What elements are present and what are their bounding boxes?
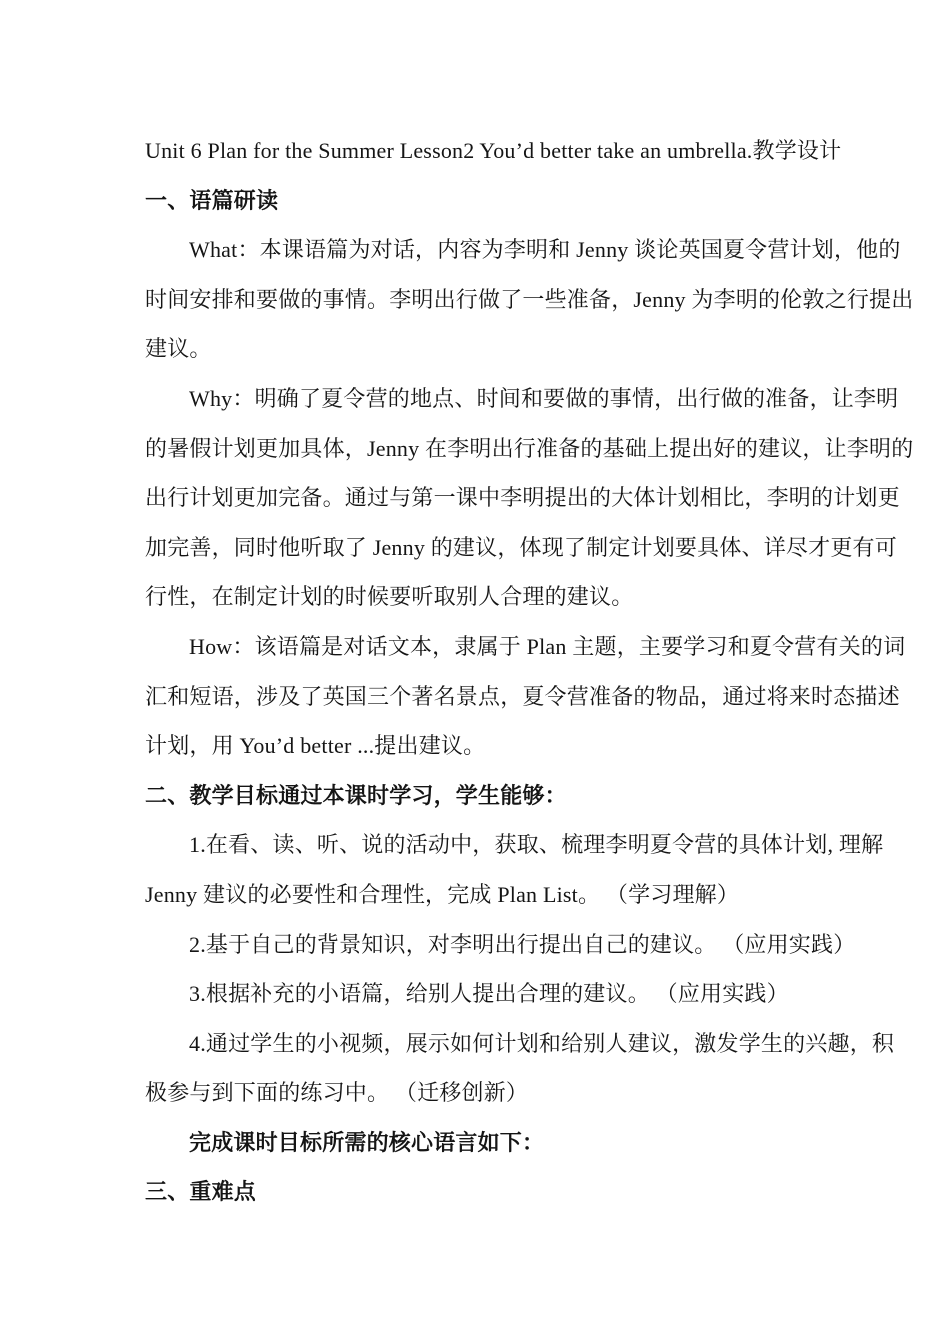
text-line: 完成课时目标所需的核心语言如下： (145, 1118, 813, 1168)
body-paragraph: What：本课语篇为对话，内容为李明和 Jenny 谈论英国夏令营计划，他的时间… (145, 225, 813, 374)
document-title: Unit 6 Plan for the Summer Lesson2 You’d… (145, 126, 813, 176)
text-line: 4.通过学生的小视频，展示如何计划和给别人建议，激发学生的兴趣，积 (145, 1019, 813, 1069)
text-line: 行性，在制定计划的时候要听取别人合理的建议。 (145, 572, 813, 622)
body-paragraph: 完成课时目标所需的核心语言如下： (145, 1118, 813, 1168)
section-heading: 二、教学目标通过本课时学习，学生能够： (145, 771, 813, 821)
text-line: 三、重难点 (145, 1167, 813, 1217)
text-line: How：该语篇是对话文本，隶属于 Plan 主题，主要学习和夏令营有关的词 (145, 622, 813, 672)
body-paragraph: 3.根据补充的小语篇，给别人提出合理的建议。 （应用实践） (145, 969, 813, 1019)
text-line: 2.基于自己的背景知识，对李明出行提出自己的建议。 （应用实践） (145, 920, 813, 970)
body-paragraph: 1.在看、读、听、说的活动中，获取、梳理李明夏令营的具体计划, 理解Jenny … (145, 820, 813, 919)
text-line: 二、教学目标通过本课时学习，学生能够： (145, 771, 813, 821)
text-line: 汇和短语，涉及了英国三个著名景点，夏令营准备的物品，通过将来时态描述 (145, 672, 813, 722)
body-paragraph: 4.通过学生的小视频，展示如何计划和给别人建议，激发学生的兴趣，积极参与到下面的… (145, 1019, 813, 1118)
text-line: Why：明确了夏令营的地点、时间和要做的事情，出行做的准备，让李明 (145, 374, 813, 424)
text-line: 出行计划更加完备。通过与第一课中李明提出的大体计划相比，李明的计划更 (145, 473, 813, 523)
text-line: Jenny 建议的必要性和合理性，完成 Plan List。 （学习理解） (145, 870, 813, 920)
text-line: What：本课语篇为对话，内容为李明和 Jenny 谈论英国夏令营计划，他的 (145, 225, 813, 275)
text-line: 时间安排和要做的事情。李明出行做了一些准备，Jenny 为李明的伦敦之行提出 (145, 275, 813, 325)
section-heading: 三、重难点 (145, 1167, 813, 1217)
text-line: Unit 6 Plan for the Summer Lesson2 You’d… (145, 126, 813, 176)
text-line: 的暑假计划更加具体，Jenny 在李明出行准备的基础上提出好的建议，让李明的 (145, 424, 813, 474)
text-line: 1.在看、读、听、说的活动中，获取、梳理李明夏令营的具体计划, 理解 (145, 820, 813, 870)
body-paragraph: How：该语篇是对话文本，隶属于 Plan 主题，主要学习和夏令营有关的词汇和短… (145, 622, 813, 771)
section-heading: 一、语篇研读 (145, 176, 813, 226)
text-line: 加完善，同时他听取了 Jenny 的建议，体现了制定计划要具体、详尽才更有可 (145, 523, 813, 573)
text-line: 一、语篇研读 (145, 176, 813, 226)
document-content: Unit 6 Plan for the Summer Lesson2 You’d… (145, 126, 813, 1217)
text-line: 计划，用 You’d better ...提出建议。 (145, 721, 813, 771)
body-paragraph: 2.基于自己的背景知识，对李明出行提出自己的建议。 （应用实践） (145, 920, 813, 970)
document-page: Unit 6 Plan for the Summer Lesson2 You’d… (0, 0, 950, 1344)
body-paragraph: Why：明确了夏令营的地点、时间和要做的事情，出行做的准备，让李明的暑假计划更加… (145, 374, 813, 622)
text-line: 建议。 (145, 324, 813, 374)
text-line: 3.根据补充的小语篇，给别人提出合理的建议。 （应用实践） (145, 969, 813, 1019)
text-line: 极参与到下面的练习中。 （迁移创新） (145, 1068, 813, 1118)
